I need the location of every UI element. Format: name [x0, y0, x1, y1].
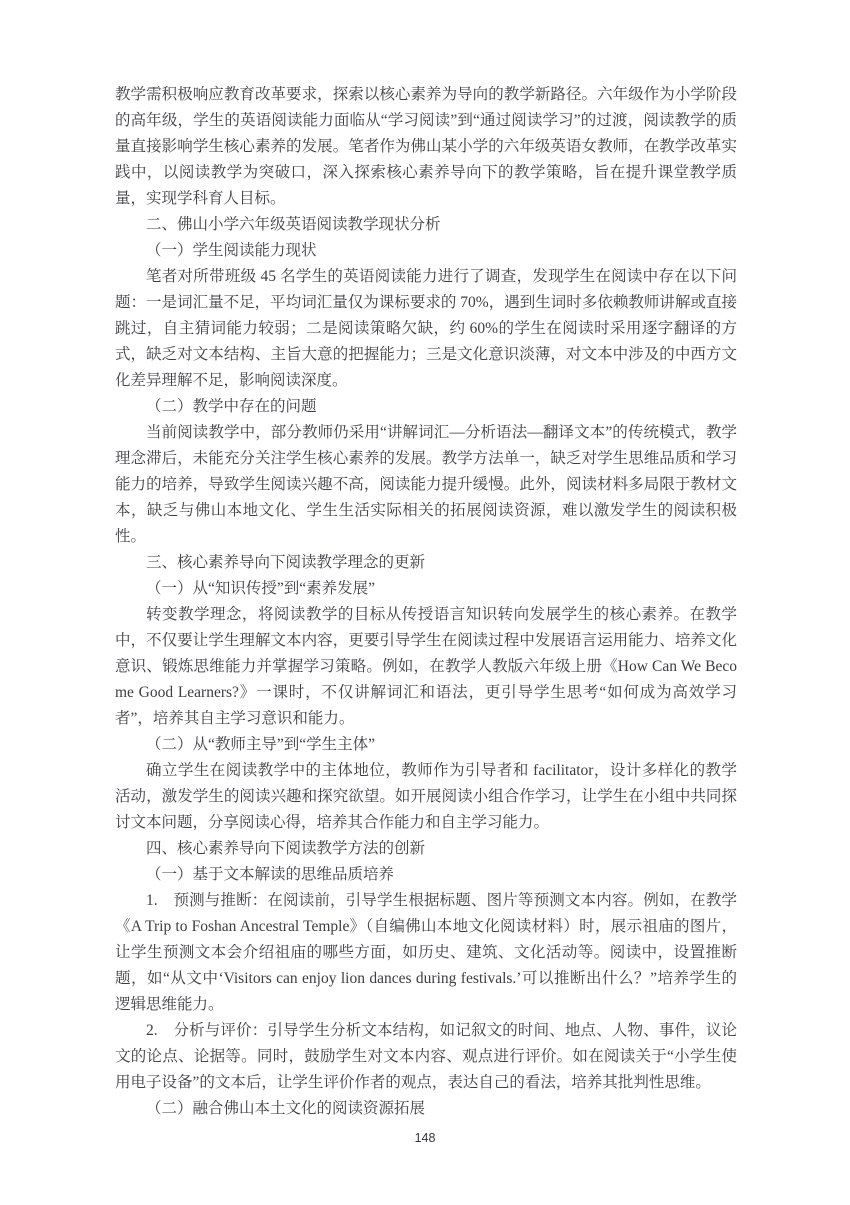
body-paragraph-student-centered: 确立学生在阅读教学中的主体地位，教师作为引导者和 facilitator，设计多…	[115, 758, 737, 836]
document-body: 教学需积极响应教育改革要求，探索以核心素养为导向的教学新路径。六年级作为小学阶段…	[115, 82, 737, 1122]
section-heading-2: 二、佛山小学六年级英语阅读教学现状分析	[115, 212, 737, 238]
body-paragraph-intro-continued: 教学需积极响应教育改革要求，探索以核心素养为导向的教学新路径。六年级作为小学阶段…	[115, 82, 737, 212]
body-paragraph-concept-shift: 转变教学理念，将阅读教学的目标从传授语言知识转向发展学生的核心素养。在教学中，不…	[115, 602, 737, 732]
page-number: 148	[0, 1131, 850, 1145]
subsection-heading-2-2: （二）教学中存在的问题	[115, 394, 737, 420]
document-page: 教学需积极响应教育改革要求，探索以核心素养为导向的教学新路径。六年级作为小学阶段…	[0, 0, 850, 1205]
subsection-heading-3-1: （一）从“知识传授”到“素养发展”	[115, 576, 737, 602]
section-heading-3: 三、核心素养导向下阅读教学理念的更新	[115, 550, 737, 576]
list-item-1-prediction: 1. 预测与推断：在阅读前，引导学生根据标题、图片等预测文本内容。例如，在教学《…	[115, 888, 737, 1018]
subsection-heading-3-2: （二）从“教师主导”到“学生主体”	[115, 732, 737, 758]
subsection-heading-4-1: （一）基于文本解读的思维品质培养	[115, 862, 737, 888]
section-heading-4: 四、核心素养导向下阅读教学方法的创新	[115, 836, 737, 862]
subsection-heading-4-2: （二）融合佛山本土文化的阅读资源拓展	[115, 1096, 737, 1122]
body-paragraph-teaching-problems: 当前阅读教学中，部分教师仍采用“讲解词汇—分析语法—翻译文本”的传统模式，教学理…	[115, 420, 737, 550]
body-paragraph-reading-ability: 笔者对所带班级 45 名学生的英语阅读能力进行了调查，发现学生在阅读中存在以下问…	[115, 264, 737, 394]
list-item-2-analysis: 2. 分析与评价：引导学生分析文本结构，如记叙文的时间、地点、人物、事件，议论文…	[115, 1018, 737, 1096]
subsection-heading-2-1: （一）学生阅读能力现状	[115, 238, 737, 264]
